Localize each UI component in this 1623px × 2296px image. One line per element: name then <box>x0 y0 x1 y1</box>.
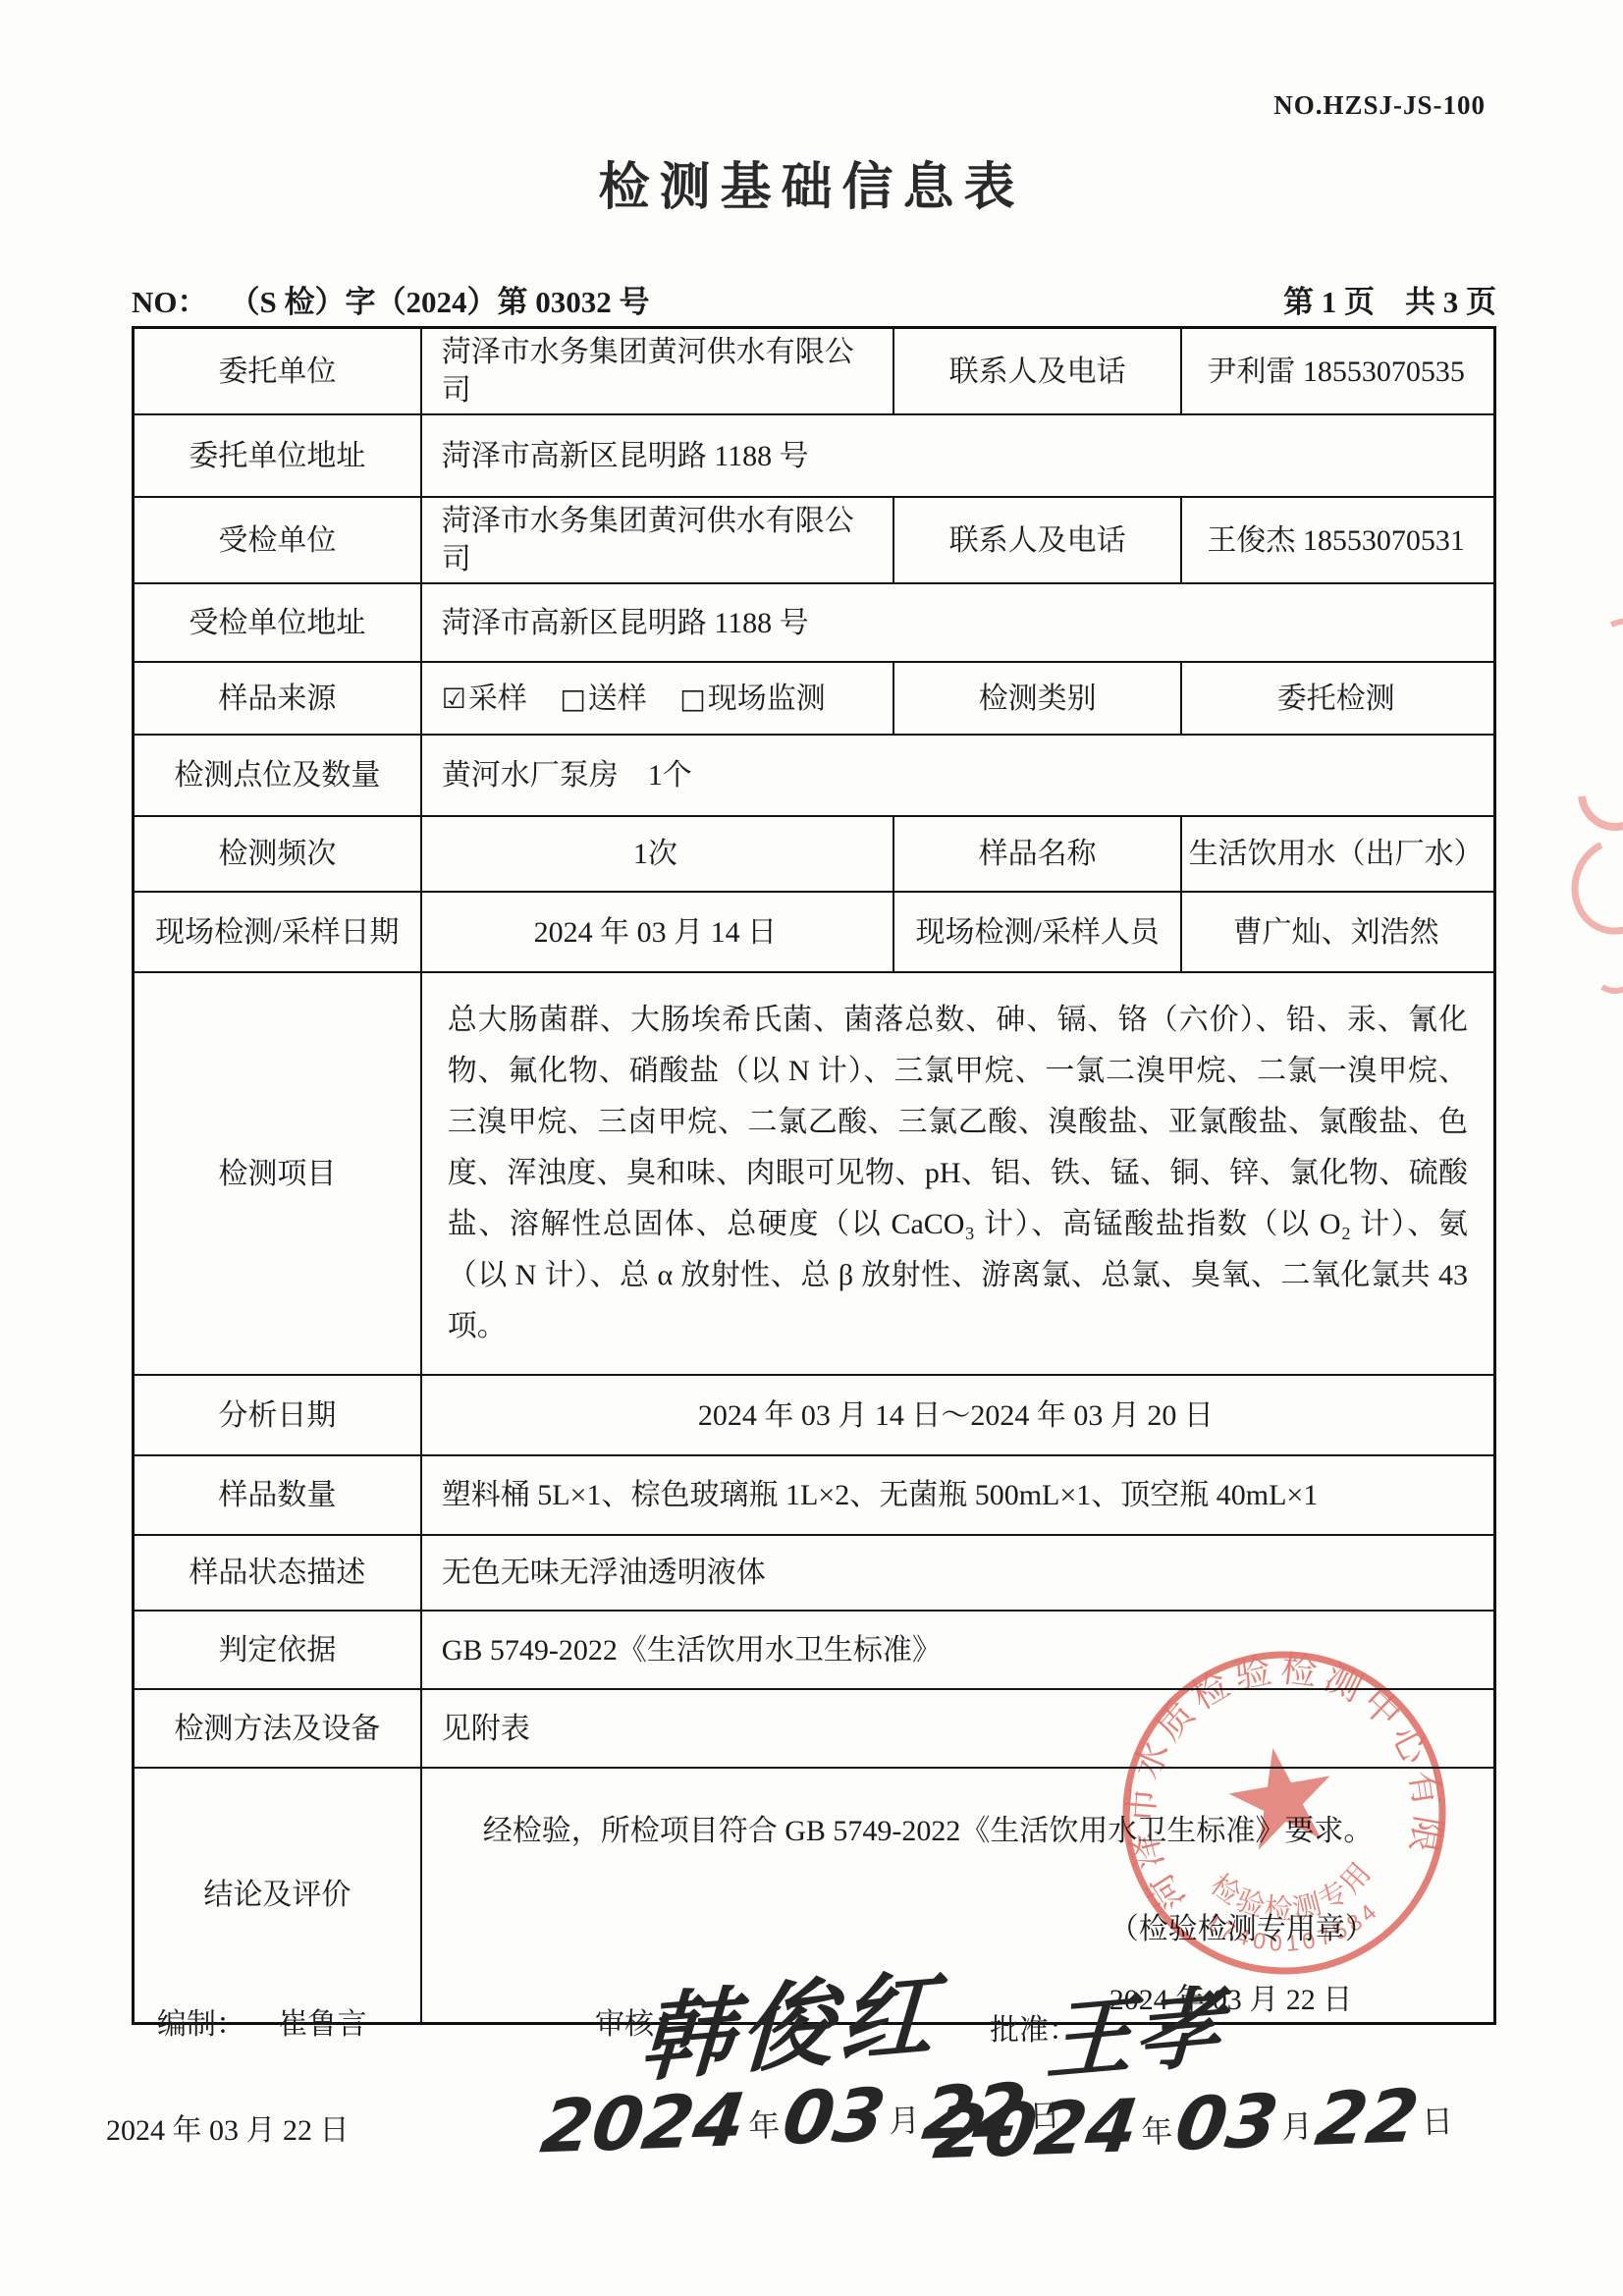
field-person-value: 曹广灿、刘浩然 <box>1181 892 1494 972</box>
table-row: 判定依据 GB 5749-2022《生活饮用水卫生标准》 <box>134 1611 1495 1689</box>
items-label: 检测项目 <box>134 972 421 1375</box>
client-value: 菏泽市水务集团黄河供水有限公司 <box>421 328 893 415</box>
inspected-contact-value: 王俊杰 18553070531 <box>1181 497 1494 583</box>
sample-name-value: 生活饮用水（出厂水） <box>1181 816 1494 892</box>
analysis-date-value: 2024 年 03 月 14 日～2024 年 03 月 20 日 <box>421 1375 1495 1455</box>
table-row: 受检单位地址 菏泽市高新区昆明路 1188 号 <box>134 583 1495 662</box>
sample-qty-label: 样品数量 <box>134 1455 421 1535</box>
basis-label: 判定依据 <box>134 1611 421 1689</box>
document-page: NO.HZSJ-JS-100 检测基础信息表 NO：（S 检）字（2024）第 … <box>0 0 1623 2296</box>
inspected-address-label: 受检单位地址 <box>134 583 421 662</box>
category-value: 委托检测 <box>1181 662 1494 735</box>
table-row: 检测方法及设备 见附表 <box>134 1689 1495 1768</box>
field-person-label: 现场检测/采样人员 <box>893 892 1181 972</box>
approved-date: 2024 年 03 月 22 日 <box>934 2079 1458 2170</box>
client-contact-label: 联系人及电话 <box>893 328 1181 415</box>
sample-state-label: 样品状态描述 <box>134 1535 421 1611</box>
sample-source-label: 样品来源 <box>134 662 421 735</box>
no-label: NO： <box>132 285 208 319</box>
conclusion-label: 结论及评价 <box>134 1768 421 2023</box>
table-row: 样品数量 塑料桶 5L×1、棕色玻璃瓶 1L×2、无菌瓶 500mL×1、顶空瓶… <box>134 1455 1495 1535</box>
basic-info-table: 委托单位 菏泽市水务集团黄河供水有限公司 联系人及电话 尹利雷 18553070… <box>132 326 1496 2025</box>
edge-seal-fragment <box>1586 939 1623 998</box>
frequency-value: 1次 <box>421 816 893 892</box>
checkbox-sampling[interactable]: ☑采样 <box>442 683 527 715</box>
points-value: 黄河水厂泵房 1个 <box>421 735 1495 816</box>
field-date-value: 2024 年 03 月 14 日 <box>421 892 893 972</box>
seal-note: （检验检测专用章） <box>1109 1910 1375 1948</box>
frequency-label: 检测频次 <box>134 816 421 892</box>
edge-seal-fragment <box>1562 740 1623 846</box>
table-row: 分析日期 2024 年 03 月 14 日～2024 年 03 月 20 日 <box>134 1375 1495 1455</box>
checkbox-delivered[interactable]: □送样 <box>560 683 646 715</box>
sample-source-options: ☑采样 □送样 □现场监测 <box>421 662 893 735</box>
table-row: 委托单位 菏泽市水务集团黄河供水有限公司 联系人及电话 尹利雷 18553070… <box>134 328 1495 415</box>
table-row: 检测点位及数量 黄河水厂泵房 1个 <box>134 735 1495 816</box>
page-title: 检测基础信息表 <box>0 145 1623 219</box>
sample-name-label: 样品名称 <box>893 816 1181 892</box>
inspected-label: 受检单位 <box>134 497 421 583</box>
client-address-value: 菏泽市高新区昆明路 1188 号 <box>421 414 1495 497</box>
checked-checkbox-icon: ☑ <box>442 683 466 715</box>
inspected-address-value: 菏泽市高新区昆明路 1188 号 <box>421 583 1495 662</box>
document-number-line: NO：（S 检）字（2024）第 03032 号 第 1 页 共 3 页 <box>132 277 1496 321</box>
client-address-label: 委托单位地址 <box>134 414 421 497</box>
table-row: 现场检测/采样日期 2024 年 03 月 14 日 现场检测/采样人员 曹广灿… <box>134 892 1495 972</box>
empty-checkbox-icon: □ <box>679 683 705 715</box>
edge-seal-fragment <box>1558 824 1623 947</box>
empty-checkbox-icon: □ <box>560 683 585 715</box>
method-label: 检测方法及设备 <box>134 1689 421 1768</box>
checkbox-onsite[interactable]: □现场监测 <box>679 683 825 715</box>
table-row: 检测频次 1次 样品名称 生活饮用水（出厂水） <box>134 816 1495 892</box>
table-row: 样品状态描述 无色无味无浮油透明液体 <box>134 1535 1495 1611</box>
document-number: NO：（S 检）字（2024）第 03032 号 <box>132 277 650 321</box>
prepared-name: 崔鲁言 <box>279 2008 367 2041</box>
table-row: 检测项目 总大肠菌群、大肠埃希氏菌、菌落总数、砷、镉、铬（六价）、铅、汞、氰化物… <box>134 972 1495 1375</box>
client-label: 委托单位 <box>134 328 421 415</box>
form-number: NO.HZSJ-JS-100 <box>1273 90 1486 121</box>
prepared-date: 2024 年 03 月 22 日 <box>106 2105 350 2149</box>
no-value: （S 检）字（2024）第 03032 号 <box>230 285 650 319</box>
edge-seal-fragment <box>1563 605 1623 730</box>
prepared-by: 编制： 崔鲁言 <box>157 1999 367 2043</box>
conclusion-text: 经检验，所检项目符合 GB 5749-2022《生活饮用水卫生标准》要求。 <box>422 1769 1493 1853</box>
conclusion-cell: 经检验，所检项目符合 GB 5749-2022《生活饮用水卫生标准》要求。 （检… <box>421 1768 1495 2023</box>
page-indicator: 第 1 页 共 3 页 <box>1283 277 1496 321</box>
sample-state-value: 无色无味无浮油透明液体 <box>421 1535 1495 1611</box>
approver-signature: 王孝 <box>1044 1958 1226 2099</box>
client-contact-value: 尹利雷 18553070535 <box>1181 328 1494 415</box>
field-date-label: 现场检测/采样日期 <box>134 892 421 972</box>
sample-qty-value: 塑料桶 5L×1、棕色玻璃瓶 1L×2、无菌瓶 500mL×1、顶空瓶 40mL… <box>421 1455 1495 1535</box>
items-value: 总大肠菌群、大肠埃希氏菌、菌落总数、砷、镉、铬（六价）、铅、汞、氰化物、氟化物、… <box>421 972 1495 1375</box>
prepared-label: 编制： <box>157 2008 245 2041</box>
category-label: 检测类别 <box>893 662 1181 735</box>
table-row: 受检单位 菏泽市水务集团黄河供水有限公司 联系人及电话 王俊杰 18553070… <box>134 497 1495 583</box>
points-label: 检测点位及数量 <box>134 735 421 816</box>
basis-value: GB 5749-2022《生活饮用水卫生标准》 <box>421 1611 1495 1689</box>
table-row: 样品来源 ☑采样 □送样 □现场监测 检测类别 委托检测 <box>134 662 1495 735</box>
inspected-contact-label: 联系人及电话 <box>893 497 1181 583</box>
table-row: 委托单位地址 菏泽市高新区昆明路 1188 号 <box>134 414 1495 497</box>
analysis-date-label: 分析日期 <box>134 1375 421 1455</box>
method-value: 见附表 <box>421 1689 1495 1768</box>
inspected-value: 菏泽市水务集团黄河供水有限公司 <box>421 497 893 583</box>
